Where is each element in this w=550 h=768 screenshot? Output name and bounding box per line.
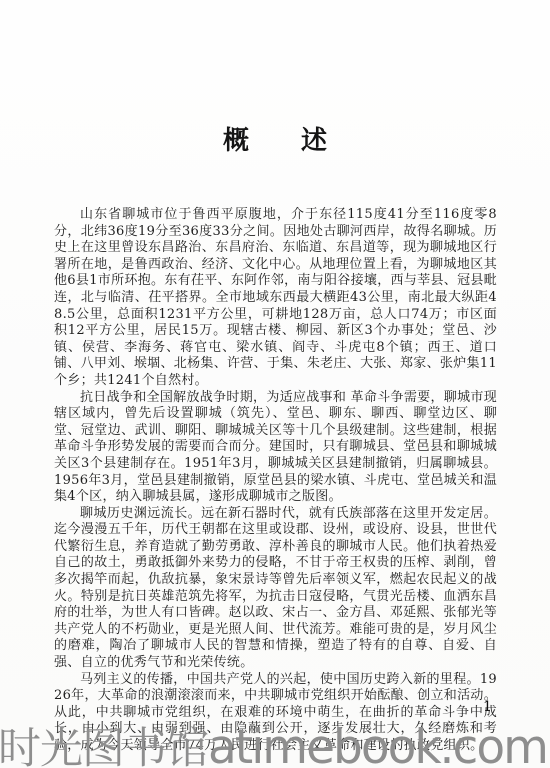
body-text: 山东省聊城市位于鲁西平原腹地，介于东径115度41分至116度零8分，北纬36度… [54,207,497,755]
book-page: 概 述 山东省聊城市位于鲁西平原腹地，介于东径115度41分至116度零8分，北… [0,0,550,768]
page-number: 1 [483,699,492,715]
page-title: 概 述 [0,0,550,157]
paragraph-war-administration: 抗日战争和全国解放战争时期，为适应战事和 革命斗争需要，聊城市现辖区域内，曾先后… [54,390,497,506]
paragraph-party: 马列主义的传播，中国共产党人的兴起，使中国历史跨入新的里程。1926年，大革命的… [54,672,497,755]
paragraph-history: 聊城历史渊远流长。远在新石器时代，就有氏族部落在这里开发定居。迄今漫漫五千年，历… [54,506,497,672]
paragraph-geography: 山东省聊城市位于鲁西平原腹地，介于东径115度41分至116度零8分，北纬36度… [54,207,497,390]
